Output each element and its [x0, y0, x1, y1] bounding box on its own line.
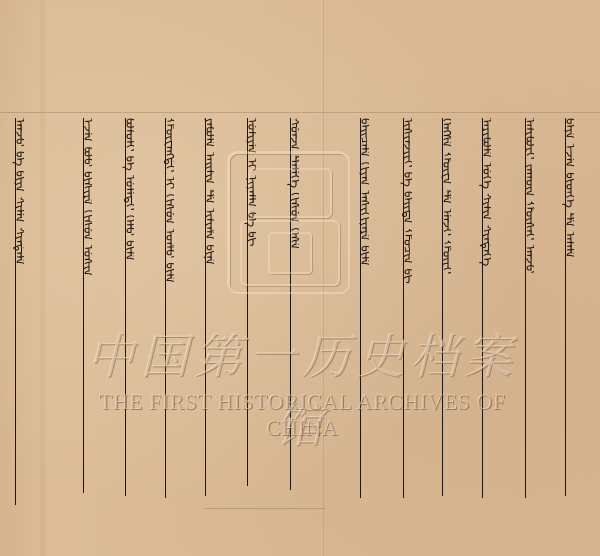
- column-text: ᡝᠵᡝᠨ ᠪᠣᠣ ᠪᡳᠰᡳᡵᡝ ᡤᡳᠰᡠᠨ ᡠᠰᡳᠨ: [80, 118, 92, 277]
- column-text: ᠠᡵᡳᠪᡠᠮᡝ ᡠᡥᡝ ᠰᡳᠯᡳᠨ ᠰᡳᠨᡩᡝᡥᡝ: [479, 118, 491, 266]
- column-text: ᡳᠰᡳᠨᠵᡳᡶᡳ ᠪᡝ ᠪᠠᡳᡨᠠ ᡥᠣᠴᡳᠨ ᠪᡳ: [400, 118, 412, 284]
- seal-stroke: [248, 168, 332, 218]
- column-text: ᠪᠠᡳᠴᠠᠮᡝ ᡤᡳᠶᠠᠨ ᠮᠠᠰᡳᡴᡳᠶᠠᡵᡝ ᠪᡳᠮᡝ: [357, 118, 369, 266]
- script-stem-line: [15, 118, 16, 505]
- paper-fold-left: [40, 0, 46, 556]
- column-text: ᠮᠠᠨᠵᡠ ᠪᡝ ᠪᡳᠶᠠ ᠰᡳᠮᡝᠨ ᠰᡳᠨᡩᡝᠮᡝ: [12, 118, 24, 265]
- column-text: ᠪᠣᠯᠣᠮᡳ ᠪᡝ ᡠᠮᡝᡨᡳ ᡤᡝᠮᡠ ᠪᡳᠯᡝ: [122, 118, 134, 261]
- column-text: ᡥᡡᠸᠠᠩᡩᡳ ᡳ ᡤᡳᠰᡠᠨ ᠣᡥᠣ ᠪᡳᠮᡝ: [162, 118, 174, 284]
- ruled-line-top: [0, 112, 600, 113]
- column-text: ᠠᠯᡳᠪᡠᡶᡳ ᠵᠠᡴᡡᠨ ᡤᡡᠰᠠᡳ ᠮᠠᠨᠵᡠ: [522, 118, 534, 273]
- ruled-line-bottom: [205, 508, 325, 509]
- script-stem-line: [565, 118, 566, 496]
- seal-stroke: [268, 232, 312, 274]
- text-column: ᠮᠠᠨᠵᡠ ᠪᡝ ᠪᡳᠶᠠ ᠰᡳᠮᡝᠨ ᠰᡳᠨᡩᡝᠮᡝ: [8, 118, 24, 505]
- watermark-english: THE FIRST HISTORICAL ARCHIVES OF CHINA: [62, 389, 542, 441]
- archival-document-page: ᠮᠠᠨᠵᡠ ᠪᡝ ᠪᡳᠶᠠ ᠰᡳᠮᡝᠨ ᠰᡳᠨᡩᡝᠮᡝᡝᠵᡝᠨ ᠪᠣᠣ ᠪᡳᠰᡳ…: [0, 0, 600, 556]
- column-text: ᠪᡝᠶᡝ ᡝᠵᡝᠨ ᠪᡳᡨᡥᡝ ᡩᡝ ᠠᠯᠠᠮᡝ: [562, 118, 574, 258]
- column-text: ᡴᡝᠩᠰᡝ ᡤᡡᠸᠠ ᡩᡝ ᠮᡝᠨᠵᡳ ᡥᡡᡶᡳ: [439, 118, 451, 274]
- column-text: ᠶᠠᠪᡠᠮᡝ ᠠᡳᠯᡳᠨ ᡩᡝ ᡳᠯᡳᡥᠠ ᠪᡳᠨᡝ: [202, 118, 214, 266]
- text-column: ᠪᡝᠶᡝ ᡝᠵᡝᠨ ᠪᡳᡨᡥᡝ ᡩᡝ ᠠᠯᠠᠮᡝ: [558, 118, 574, 496]
- archive-seal-icon: [228, 152, 350, 294]
